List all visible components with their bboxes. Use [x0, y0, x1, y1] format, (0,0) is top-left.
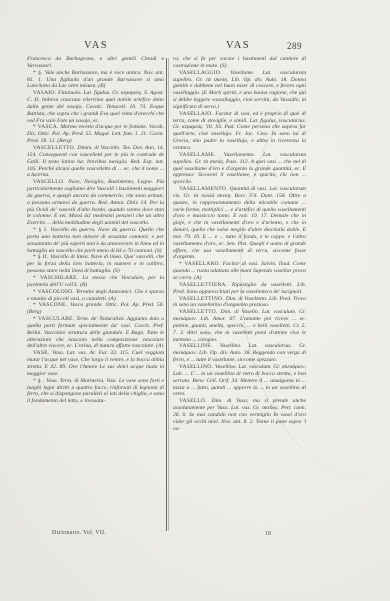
dictionary-entry: * § II. Vascello di linea. Nave di linea… [27, 254, 164, 275]
dictionary-entry: VASELLETTIERA. Ripostiglio da vaselletti… [173, 282, 306, 296]
running-head: VAS VAS 289 [0, 40, 390, 54]
entry-headword: VASELLETTINO. [179, 296, 226, 302]
entry-headword: * VASELLARO. [179, 261, 223, 267]
dictionary-entry: * VASELLARO. Facitor di vasi. Salvin. Il… [173, 261, 306, 282]
dictionary-entry: * VASCHILARE. Lo stesso che Vasculare, p… [27, 275, 164, 289]
dictionary-entry: VASELLINO. Vasellino. Lat. vasculum. Gr.… [173, 364, 306, 398]
dictionary-entry: * §. Vale anche Barbassoro, ma è voce an… [27, 70, 164, 91]
entry-headword: VASE. [33, 350, 52, 356]
dictionary-entry: * § . Vase. Term. di Marineria. Vasi. Le… [27, 378, 164, 405]
dictionary-entry: VASAIO. Fittaiuolo. Lat. figulus. Gr. κε… [27, 90, 164, 124]
entry-headword: VASELLETTO. [179, 309, 221, 315]
entry-headword: VASAIO. [33, 90, 58, 96]
right-column: ra, che si fa per varare i bastimenti da… [173, 56, 306, 432]
dictionary-entry: * § I. Vascello da guerra. Nave da guerr… [27, 227, 164, 254]
entry-headword: * VASCHILARE. [33, 275, 82, 281]
entry-definition: Facitor di vasi, ed è proprio di quei di… [173, 111, 306, 151]
entry-headword: VASELLINE. [179, 343, 220, 349]
entry-headword: VASELLO. [179, 398, 212, 404]
dictionary-entry: VASELLAIO. Facitor di vasi, ed è proprio… [173, 111, 306, 152]
entry-headword: * §. [33, 70, 45, 76]
entry-headword: VASCELLETTO. [33, 145, 77, 151]
entry-definition: ra, che si fa per varare i bastimenti da… [173, 56, 306, 69]
entry-definition: Vasellame. Lat. vascularum supellex. Gr.… [173, 70, 306, 110]
dictionary-entry: VASELLINE. Vasellino. Lat. vascularius. … [173, 343, 306, 364]
left-running-head: VAS [84, 40, 108, 51]
dictionary-entry: VASCELLETTO. Dimin. di Vascello. Tav. Da… [27, 145, 164, 179]
entry-headword: * VASCA. [33, 124, 60, 130]
dictionary-entry: VASELLETTO. Dim. di Vasello. Lat. vascul… [173, 309, 306, 343]
dictionary-entry: * VASCA. Marmo recetto d'acque per le fo… [27, 124, 164, 145]
entry-definition: Francesco da Barbagrano, e altri gentili… [27, 56, 164, 69]
entry-headword: VASELLAGGIO. [179, 70, 230, 76]
dictionary-entry: VASE. Vaso. Lat. vas. Ar. Fur. 33. 115. … [27, 350, 164, 377]
dictionary-entry: * VASCOLOSO. Termine degli Anatomici. Ch… [27, 289, 164, 303]
entry-definition: Quantità di vasi. Lat. vascularum vis. G… [173, 186, 306, 260]
entry-definition: Nave, Naviglio, Bastimento, Legno. Più p… [27, 179, 164, 226]
dictionary-entry: * VASCULARE. Term. de' Naturalisti. Aggi… [27, 316, 164, 350]
left-column: Francesco da Barbagrano, e altri gentili… [27, 56, 164, 405]
entry-headword: VASELLINO. [179, 364, 215, 370]
dictionary-entry: * VASCONE. Vasca grande. Ottic. Pol. Ap.… [27, 302, 164, 316]
entry-definition: Vale anche Barbassoro, ma è voce antica.… [27, 70, 164, 90]
column-divider [166, 58, 167, 531]
signature-mark: 19 [265, 531, 271, 537]
entry-headword: * VASCONE. [33, 302, 70, 308]
entry-headword: * § II. [33, 254, 50, 260]
dictionary-entry: VASELLAME. Vasellamento. Lat. vascularum… [173, 152, 306, 186]
signature-line: Dizionario. Vol. VII. [52, 530, 106, 536]
entry-headword: VASCELLO. [33, 179, 68, 185]
dictionary-entry: VASELLAGGIO. Vasellame. Lat. vascularum … [173, 70, 306, 111]
dictionary-entry: ra, che si fa per varare i bastimenti da… [173, 56, 306, 70]
entry-headword: VASELLAIO. [179, 111, 215, 117]
right-running-head: VAS [226, 40, 250, 51]
entry-headword: * § . [33, 378, 46, 384]
entry-headword: VASELLAME. [179, 152, 224, 158]
entry-headword: * VASCULARE. [33, 316, 76, 322]
dictionary-entry: VASELLAMENTO. Quantità di vasi. Lat. vas… [173, 186, 306, 261]
entry-headword: VASELLAMENTO. [179, 186, 229, 192]
dictionary-entry: VASELLETTINO. Dim. di Vaselletto. Lib. P… [173, 296, 306, 310]
entry-headword: * § I. [33, 227, 50, 233]
entry-headword: VASELLETTIERA. [179, 282, 232, 288]
page-number: 289 [287, 41, 302, 51]
entry-definition: Vase. Term. di Marineria. Vasi. Le vase … [27, 378, 164, 405]
entry-headword: * VASCOLOSO. [33, 289, 76, 295]
dictionary-entry: VASCELLO. Nave, Naviglio, Bastimento, Le… [27, 179, 164, 227]
dictionary-entry: Francesco da Barbagrano, e altri gentili… [27, 56, 164, 70]
dictionary-entry: VASELLO. Dim. di Vaso; ma si prende anch… [173, 398, 306, 432]
